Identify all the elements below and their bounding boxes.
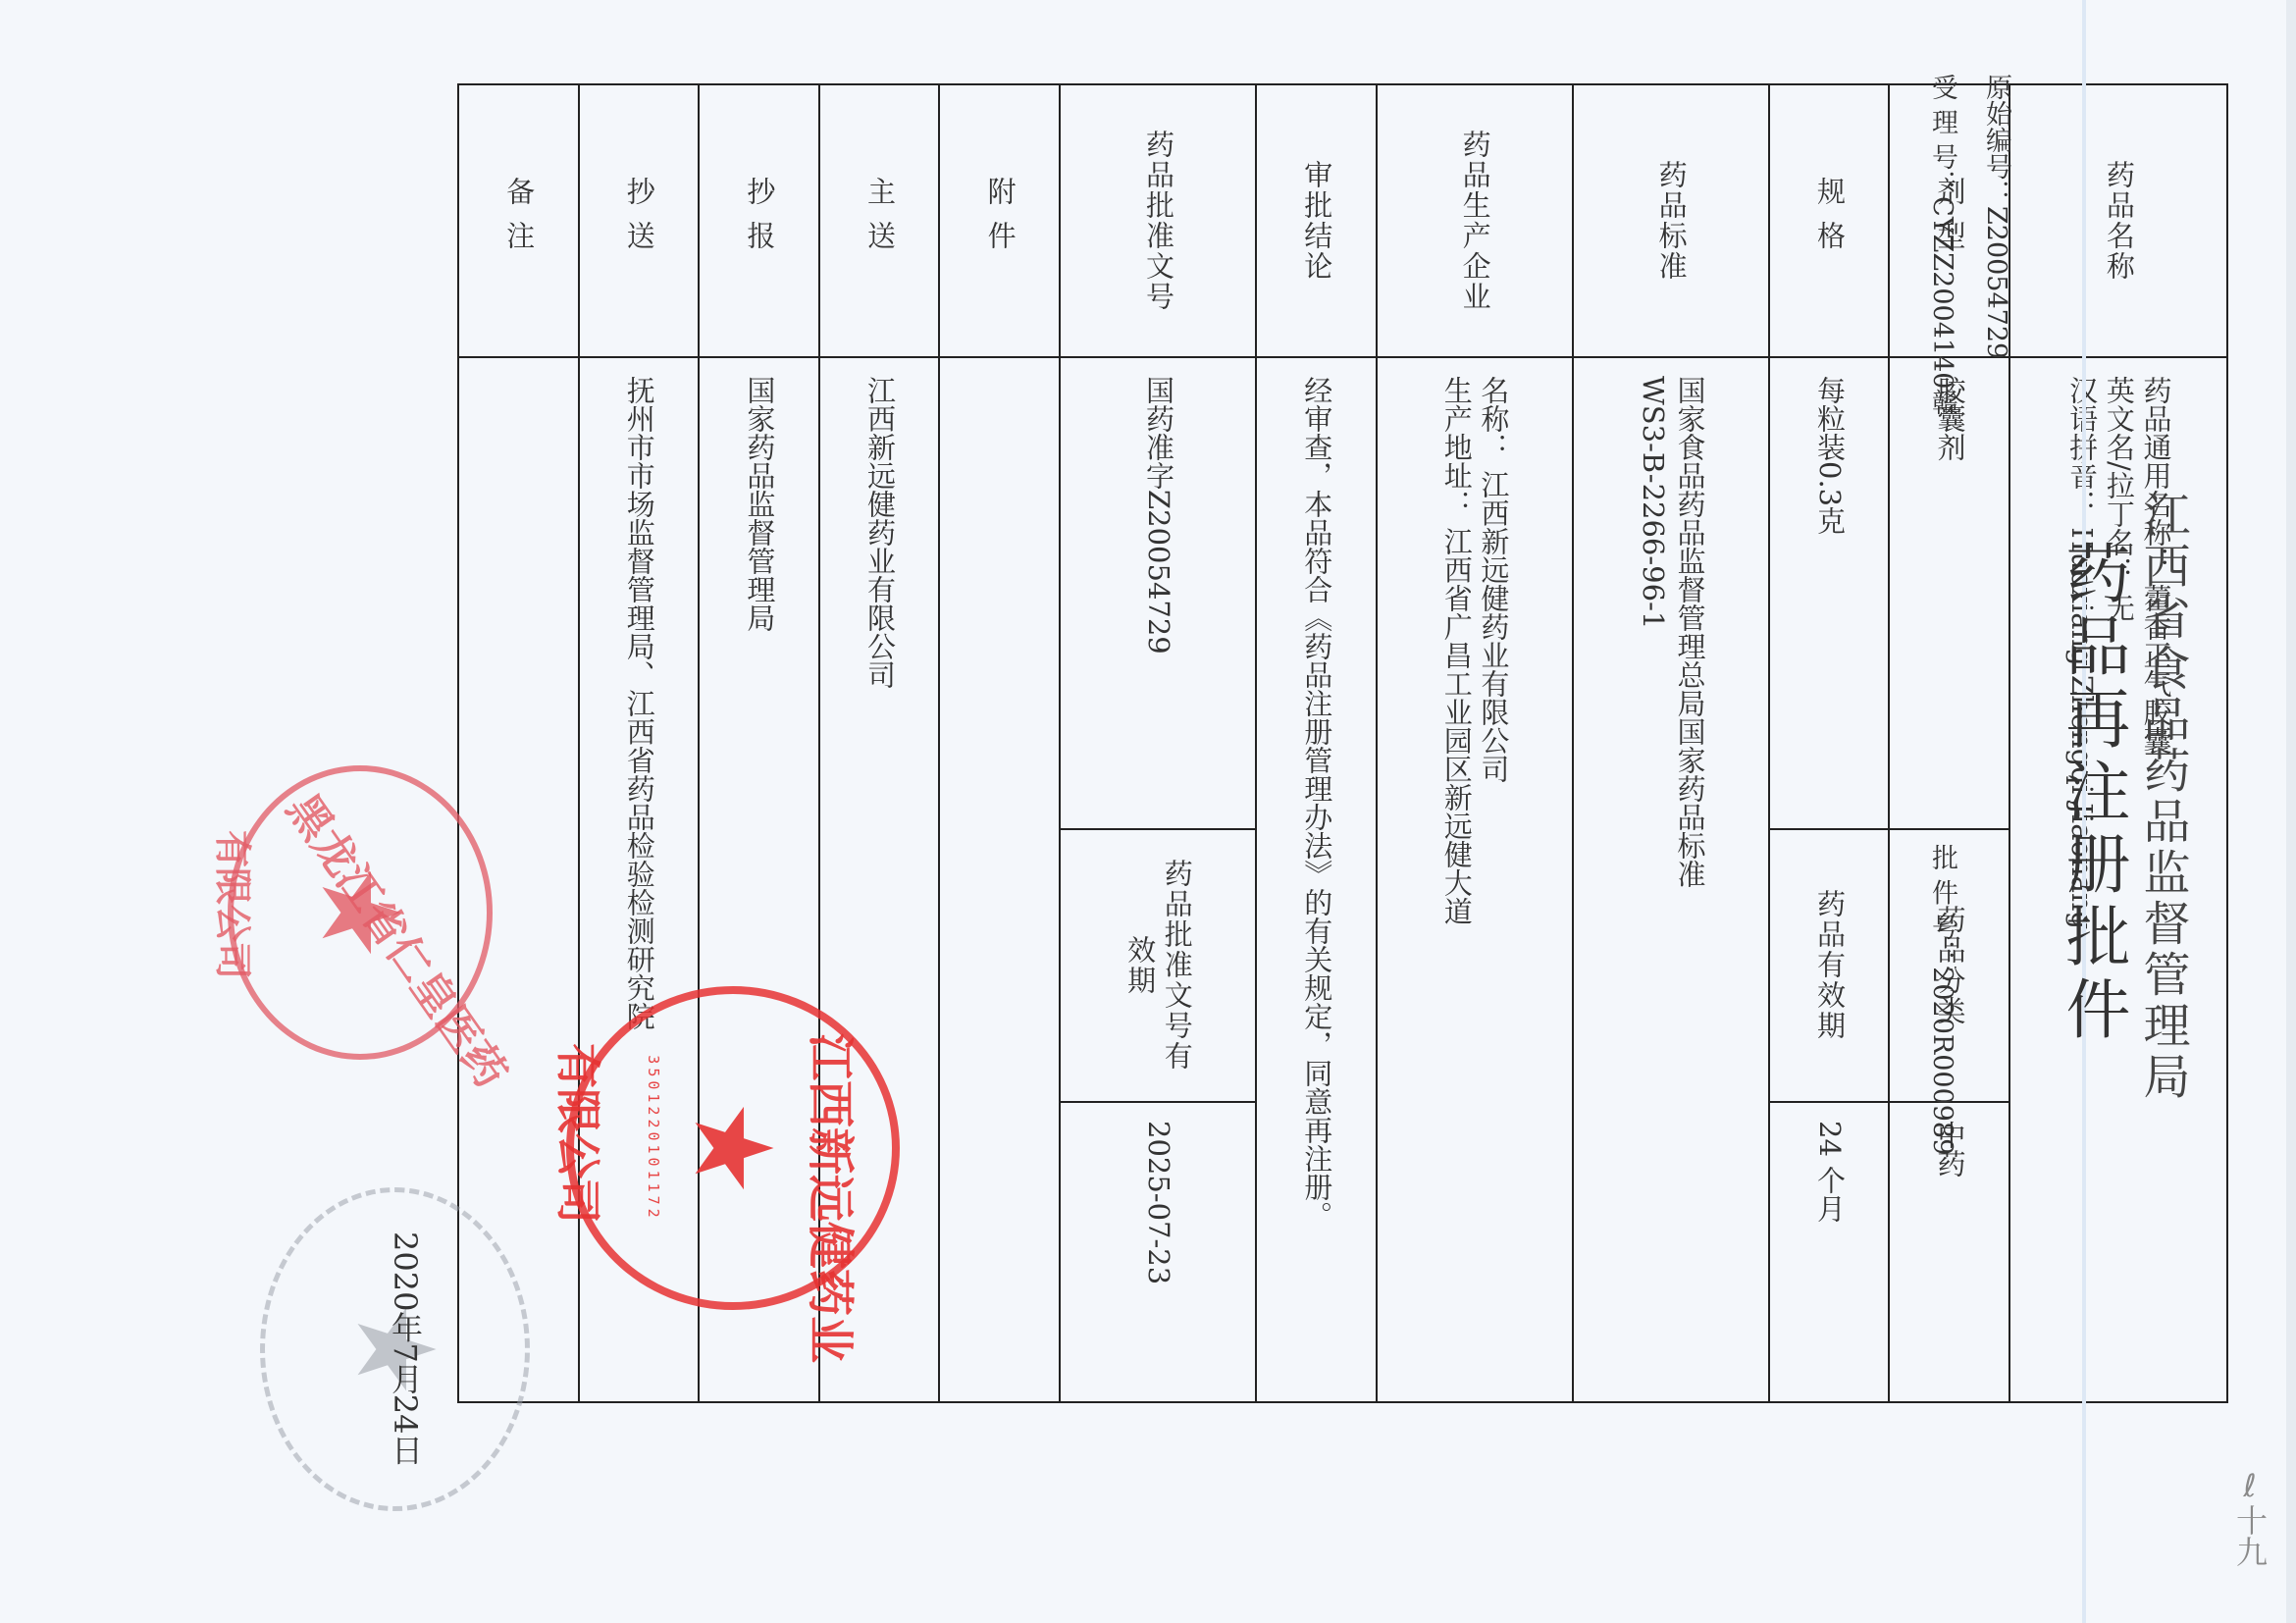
acceptance-number-label: 受 理 号：: [1927, 74, 1957, 196]
table-row: 备注: [458, 84, 579, 1402]
document-title: 药品再注册批件: [2046, 540, 2139, 1048]
standard-code: WS3-B-2266-96-1: [1634, 376, 1671, 1384]
table-row: 药品生产企业 名称： 江西新远健药业有限公司 生产地址： 江西省广昌工业园区新远…: [1377, 84, 1573, 1402]
shelf-life-value: 24 个月: [1769, 1102, 1890, 1402]
acceptance-number: 受 理 号：CYZZ2004140赣: [1923, 74, 1961, 415]
main-recipient-value: 江西新远健药业有限公司: [819, 357, 940, 1402]
conclusion-label: 审批结论: [1256, 84, 1377, 357]
manufacturer-value: 名称： 江西新远健药业有限公司 生产地址： 江西省广昌工业园区新远健大道: [1377, 357, 1573, 1402]
approval-number-value: 2020R000989: [1927, 967, 1957, 1155]
table-row: 规格 每粒装0.3克 药品有效期 24 个月: [1769, 84, 1890, 1402]
specification-value: 每粒装0.3克: [1769, 357, 1890, 829]
standard-line: 国家食品药品监督管理总局国家药品标准: [1671, 376, 1708, 1384]
standard-label: 药品标准: [1573, 84, 1769, 357]
remarks-label: 备注: [458, 84, 579, 357]
acceptance-number-value: CYZZ2004140赣: [1927, 196, 1957, 415]
copy-to-label: 抄送: [579, 84, 700, 357]
attachment-value: [939, 357, 1060, 1402]
table-row: 药品标准 国家食品药品监督管理总局国家药品标准 WS3-B-2266-96-1: [1573, 84, 1769, 1402]
original-number: 原始编号：Z20054729: [1977, 74, 2015, 359]
approval-table: 药品名称 药品通用名称： 藿香正气胶囊 英文名/拉丁名： 无 汉语拼音： Huo…: [457, 83, 2228, 1403]
handwritten-annotation: ℓ十九: [2227, 1467, 2272, 1567]
copy-to-value: 抚州市市场监督管理局、江西省药品检验检测研究院: [579, 357, 700, 1402]
shelf-life-label: 药品有效期: [1769, 829, 1890, 1102]
issuing-authority: 江西省食品药品监督管理局: [2129, 491, 2197, 1103]
approval-validity-value: 2025-07-23: [1060, 1102, 1256, 1402]
manufacturer-address: 生产地址： 江西省广昌工业园区新远健大道: [1437, 376, 1475, 1384]
report-to-value: 国家药品监督管理局: [699, 357, 819, 1402]
approval-number-label: 药品批准文号: [1060, 84, 1256, 357]
approval-validity-label: 药品批准文号有效期: [1060, 829, 1256, 1102]
approval-number-label: 批 件 号：: [1927, 844, 1957, 967]
approval-number-value: 国药准字Z20054729: [1060, 357, 1256, 829]
attachment-label: 附件: [939, 84, 1060, 357]
table-row: 主送 江西新远健药业有限公司: [819, 84, 940, 1402]
manufacturer-name: 名称： 江西新远健药业有限公司: [1475, 376, 1512, 1384]
drug-name-label: 药品名称: [2009, 84, 2227, 357]
manufacturer-label: 药品生产企业: [1377, 84, 1573, 357]
main-recipient-label: 主送: [819, 84, 940, 357]
table-row: 抄报 国家药品监督管理局: [699, 84, 819, 1402]
remarks-value: [458, 357, 579, 1402]
approval-document-number: 批 件 号：2020R000989: [1923, 844, 1961, 1155]
table-row: 审批结论 经审查，本品符合《药品注册管理办法》的有关规定，同意再注册。: [1256, 84, 1377, 1402]
original-number-value: Z20054729: [1981, 206, 2011, 359]
original-number-label: 原始编号：: [1981, 74, 2011, 206]
standard-value: 国家食品药品监督管理总局国家药品标准 WS3-B-2266-96-1: [1573, 357, 1769, 1402]
table-row: 药品批准文号 国药准字Z20054729 药品批准文号有效期 2025-07-2…: [1060, 84, 1256, 1402]
conclusion-value: 经审查，本品符合《药品注册管理办法》的有关规定，同意再注册。: [1256, 357, 1377, 1402]
table-row: 抄送 抚州市市场监督管理局、江西省药品检验检测研究院: [579, 84, 700, 1402]
dosage-form-value: 胶囊剂: [1889, 357, 2009, 829]
specification-label: 规格: [1769, 84, 1890, 357]
table-row: 附件: [939, 84, 1060, 1402]
report-to-label: 抄报: [699, 84, 819, 357]
